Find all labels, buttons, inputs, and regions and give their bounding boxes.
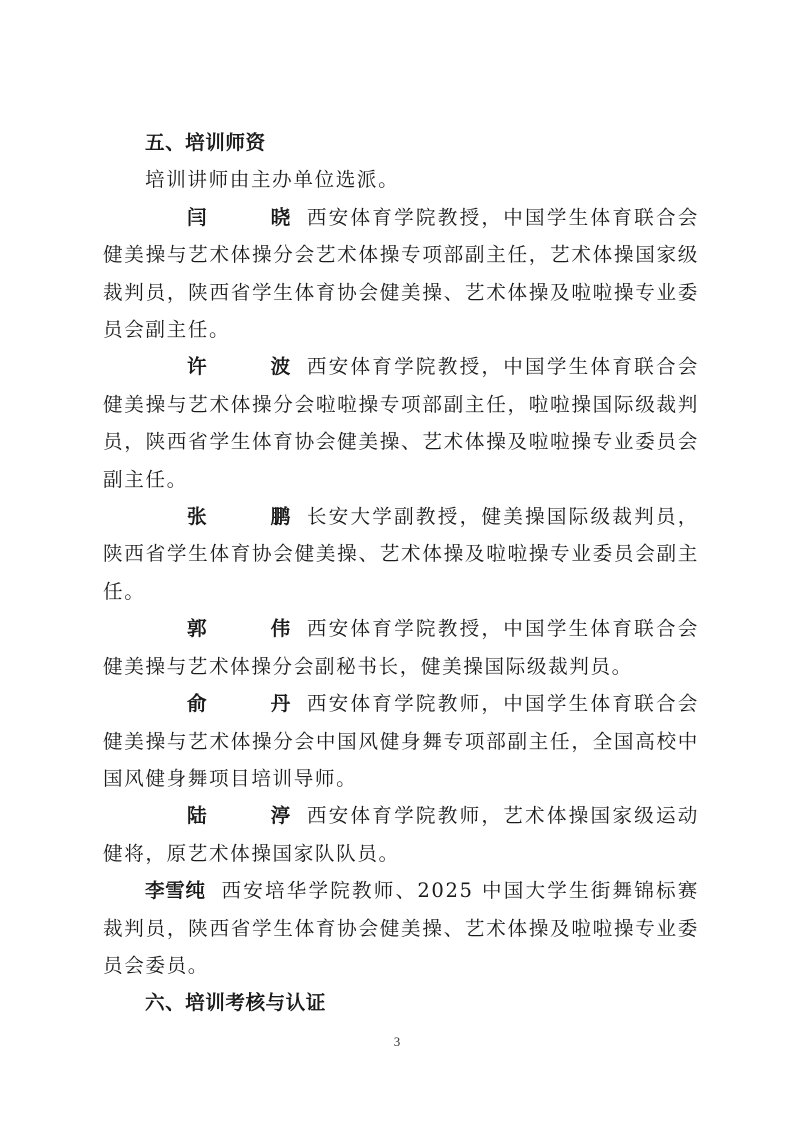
instructor-entry: 李雪纯西安培华学院教师、2025 中国大学生街舞锦标赛裁判员，陕西省学生体育协会… [103, 872, 699, 984]
instructor-entry: 郭伟西安体育学院教授，中国学生体育联合会健美操与艺术体操分会副秘书长，健美操国际… [103, 610, 699, 685]
instructor-name: 李雪纯 [145, 879, 205, 902]
instructor-name: 张鹏 [145, 505, 290, 528]
instructor-entry: 闫晓西安体育学院教授，中国学生体育联合会健美操与艺术体操分会艺术体操专项部副主任… [103, 199, 699, 349]
instructor-name: 闫晓 [145, 206, 290, 229]
instructor-name: 许波 [145, 355, 290, 378]
section-heading-training-faculty: 五、培训师资 [103, 124, 699, 161]
instructor-name: 郭伟 [145, 617, 290, 640]
section-heading-assessment-certification: 六、培训考核与认证 [103, 984, 699, 1021]
instructor-name: 陆渟 [145, 804, 290, 827]
instructor-entry: 张鹏长安大学副教授，健美操国际级裁判员，陕西省学生体育协会健美操、艺术体操及啦啦… [103, 498, 699, 610]
page-number: 3 [0, 1034, 794, 1050]
instructor-entry: 俞丹西安体育学院教师，中国学生体育联合会健美操与艺术体操分会中国风健身舞专项部副… [103, 685, 699, 797]
instructor-entry: 许波西安体育学院教授，中国学生体育联合会健美操与艺术体操分会啦啦操专项部副主任，… [103, 348, 699, 498]
faculty-intro: 培训讲师由主办单位选派。 [103, 161, 699, 198]
document-page: 五、培训师资 培训讲师由主办单位选派。 闫晓西安体育学院教授，中国学生体育联合会… [103, 124, 699, 1022]
instructor-name: 俞丹 [145, 692, 290, 715]
instructor-entry: 陆渟西安体育学院教师，艺术体操国家级运动健将，原艺术体操国家队队员。 [103, 797, 699, 872]
